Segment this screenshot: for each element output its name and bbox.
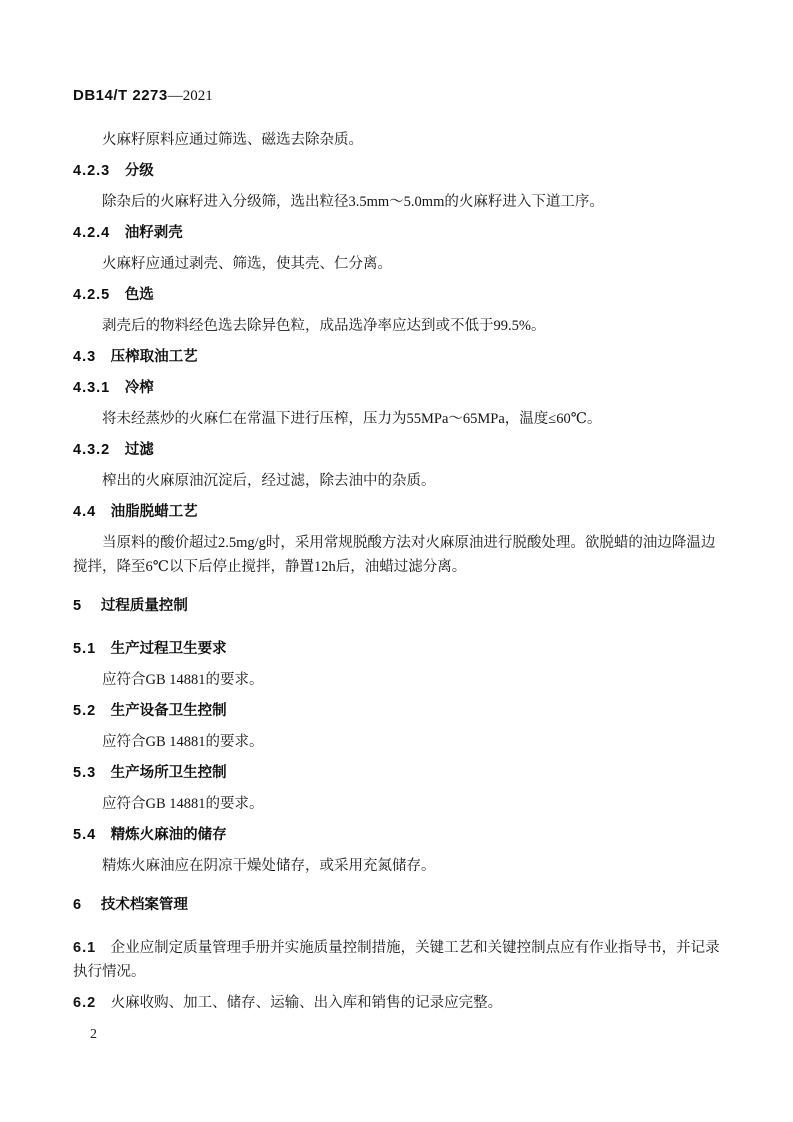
section-heading-4-2-5: 4.2.5色选	[73, 283, 720, 307]
section-heading-5-4: 5.4精炼火麻油的储存	[73, 823, 720, 847]
section-number: 4.3.1	[73, 380, 110, 396]
clause-number: 6.1	[73, 940, 96, 956]
section-heading-4-2-4: 4.2.4油籽剥壳	[73, 221, 720, 245]
section-title: 精炼火麻油的储存	[111, 827, 227, 843]
paragraph: 火麻籽原料应通过筛选、磁选去除杂质。	[73, 128, 720, 152]
section-number: 5.4	[73, 827, 96, 843]
section-number: 4.4	[73, 504, 96, 520]
standard-number-header: DB14/T 2273—2021	[73, 86, 720, 106]
paragraph: 应符合GB 14881的要求。	[73, 792, 720, 816]
section-heading-5-1: 5.1生产过程卫生要求	[73, 637, 720, 661]
section-title: 压榨取油工艺	[111, 349, 198, 365]
section-heading-5-3: 5.3生产场所卫生控制	[73, 761, 720, 785]
chapter-heading-6: 6技术档案管理	[73, 893, 720, 917]
clause-6-1: 6.1企业应制定质量管理手册并实施质量控制措施，关键工艺和关键控制点应有作业指导…	[73, 936, 720, 984]
section-title: 冷榨	[125, 380, 154, 396]
section-heading-5-2: 5.2生产设备卫生控制	[73, 699, 720, 723]
clause-number: 6.2	[73, 995, 96, 1011]
section-number: 5.2	[73, 703, 96, 719]
chapter-heading-5: 5过程质量控制	[73, 594, 720, 618]
chapter-number: 5	[73, 598, 82, 614]
paragraph: 应符合GB 14881的要求。	[73, 668, 720, 692]
clause-text: 企业应制定质量管理手册并实施质量控制措施，关键工艺和关键控制点应有作业指导书，并…	[73, 940, 720, 980]
chapter-number: 6	[73, 897, 82, 913]
paragraph: 榨出的火麻原油沉淀后，经过滤，除去油中的杂质。	[73, 469, 720, 493]
paragraph: 将未经蒸炒的火麻仁在常温下进行压榨，压力为55MPa～65MPa，温度≤60℃。	[73, 407, 720, 431]
section-title: 油籽剥壳	[125, 225, 183, 241]
paragraph: 应符合GB 14881的要求。	[73, 730, 720, 754]
section-heading-4-3: 4.3压榨取油工艺	[73, 345, 720, 369]
section-title: 过滤	[125, 442, 154, 458]
clause-6-2: 6.2火麻收购、加工、储存、运输、出入库和销售的记录应完整。	[73, 991, 720, 1015]
section-title: 分级	[125, 163, 154, 179]
section-number: 5.3	[73, 765, 96, 781]
section-heading-4-3-2: 4.3.2过滤	[73, 438, 720, 462]
section-number: 4.3	[73, 349, 96, 365]
standard-year: —2021	[168, 88, 213, 104]
chapter-title: 过程质量控制	[101, 598, 188, 614]
page-number: 2	[90, 1027, 97, 1043]
section-title: 生产设备卫生控制	[111, 703, 227, 719]
section-title: 色选	[125, 287, 154, 303]
clause-text: 火麻收购、加工、储存、运输、出入库和销售的记录应完整。	[111, 995, 503, 1011]
section-number: 5.1	[73, 641, 96, 657]
paragraph: 剥壳后的物料经色选去除异色粒，成品选净率应达到或不低于99.5%。	[73, 314, 720, 338]
section-title: 生产过程卫生要求	[111, 641, 227, 657]
section-number: 4.3.2	[73, 442, 110, 458]
section-title: 生产场所卫生控制	[111, 765, 227, 781]
section-number: 4.2.4	[73, 225, 110, 241]
chapter-title: 技术档案管理	[101, 897, 188, 913]
section-number: 4.2.3	[73, 163, 110, 179]
document-page: DB14/T 2273—2021 火麻籽原料应通过筛选、磁选去除杂质。 4.2.…	[0, 0, 793, 1122]
paragraph: 精炼火麻油应在阴凉干燥处储存，或采用充氮储存。	[73, 854, 720, 878]
document-body: 火麻籽原料应通过筛选、磁选去除杂质。 4.2.3分级 除杂后的火麻籽进入分级筛，…	[73, 106, 720, 1015]
section-title: 油脂脱蜡工艺	[111, 504, 198, 520]
paragraph: 当原料的酸价超过2.5mg/g时，采用常规脱酸方法对火麻原油进行脱酸处理。欲脱蜡…	[73, 531, 720, 579]
section-heading-4-3-1: 4.3.1冷榨	[73, 376, 720, 400]
standard-code: DB14/T 2273	[73, 87, 168, 104]
section-heading-4-4: 4.4油脂脱蜡工艺	[73, 500, 720, 524]
paragraph: 火麻籽应通过剥壳、筛选，使其壳、仁分离。	[73, 252, 720, 276]
section-heading-4-2-3: 4.2.3分级	[73, 159, 720, 183]
paragraph: 除杂后的火麻籽进入分级筛，选出粒径3.5mm～5.0mm的火麻籽进入下道工序。	[73, 190, 720, 214]
section-number: 4.2.5	[73, 287, 110, 303]
